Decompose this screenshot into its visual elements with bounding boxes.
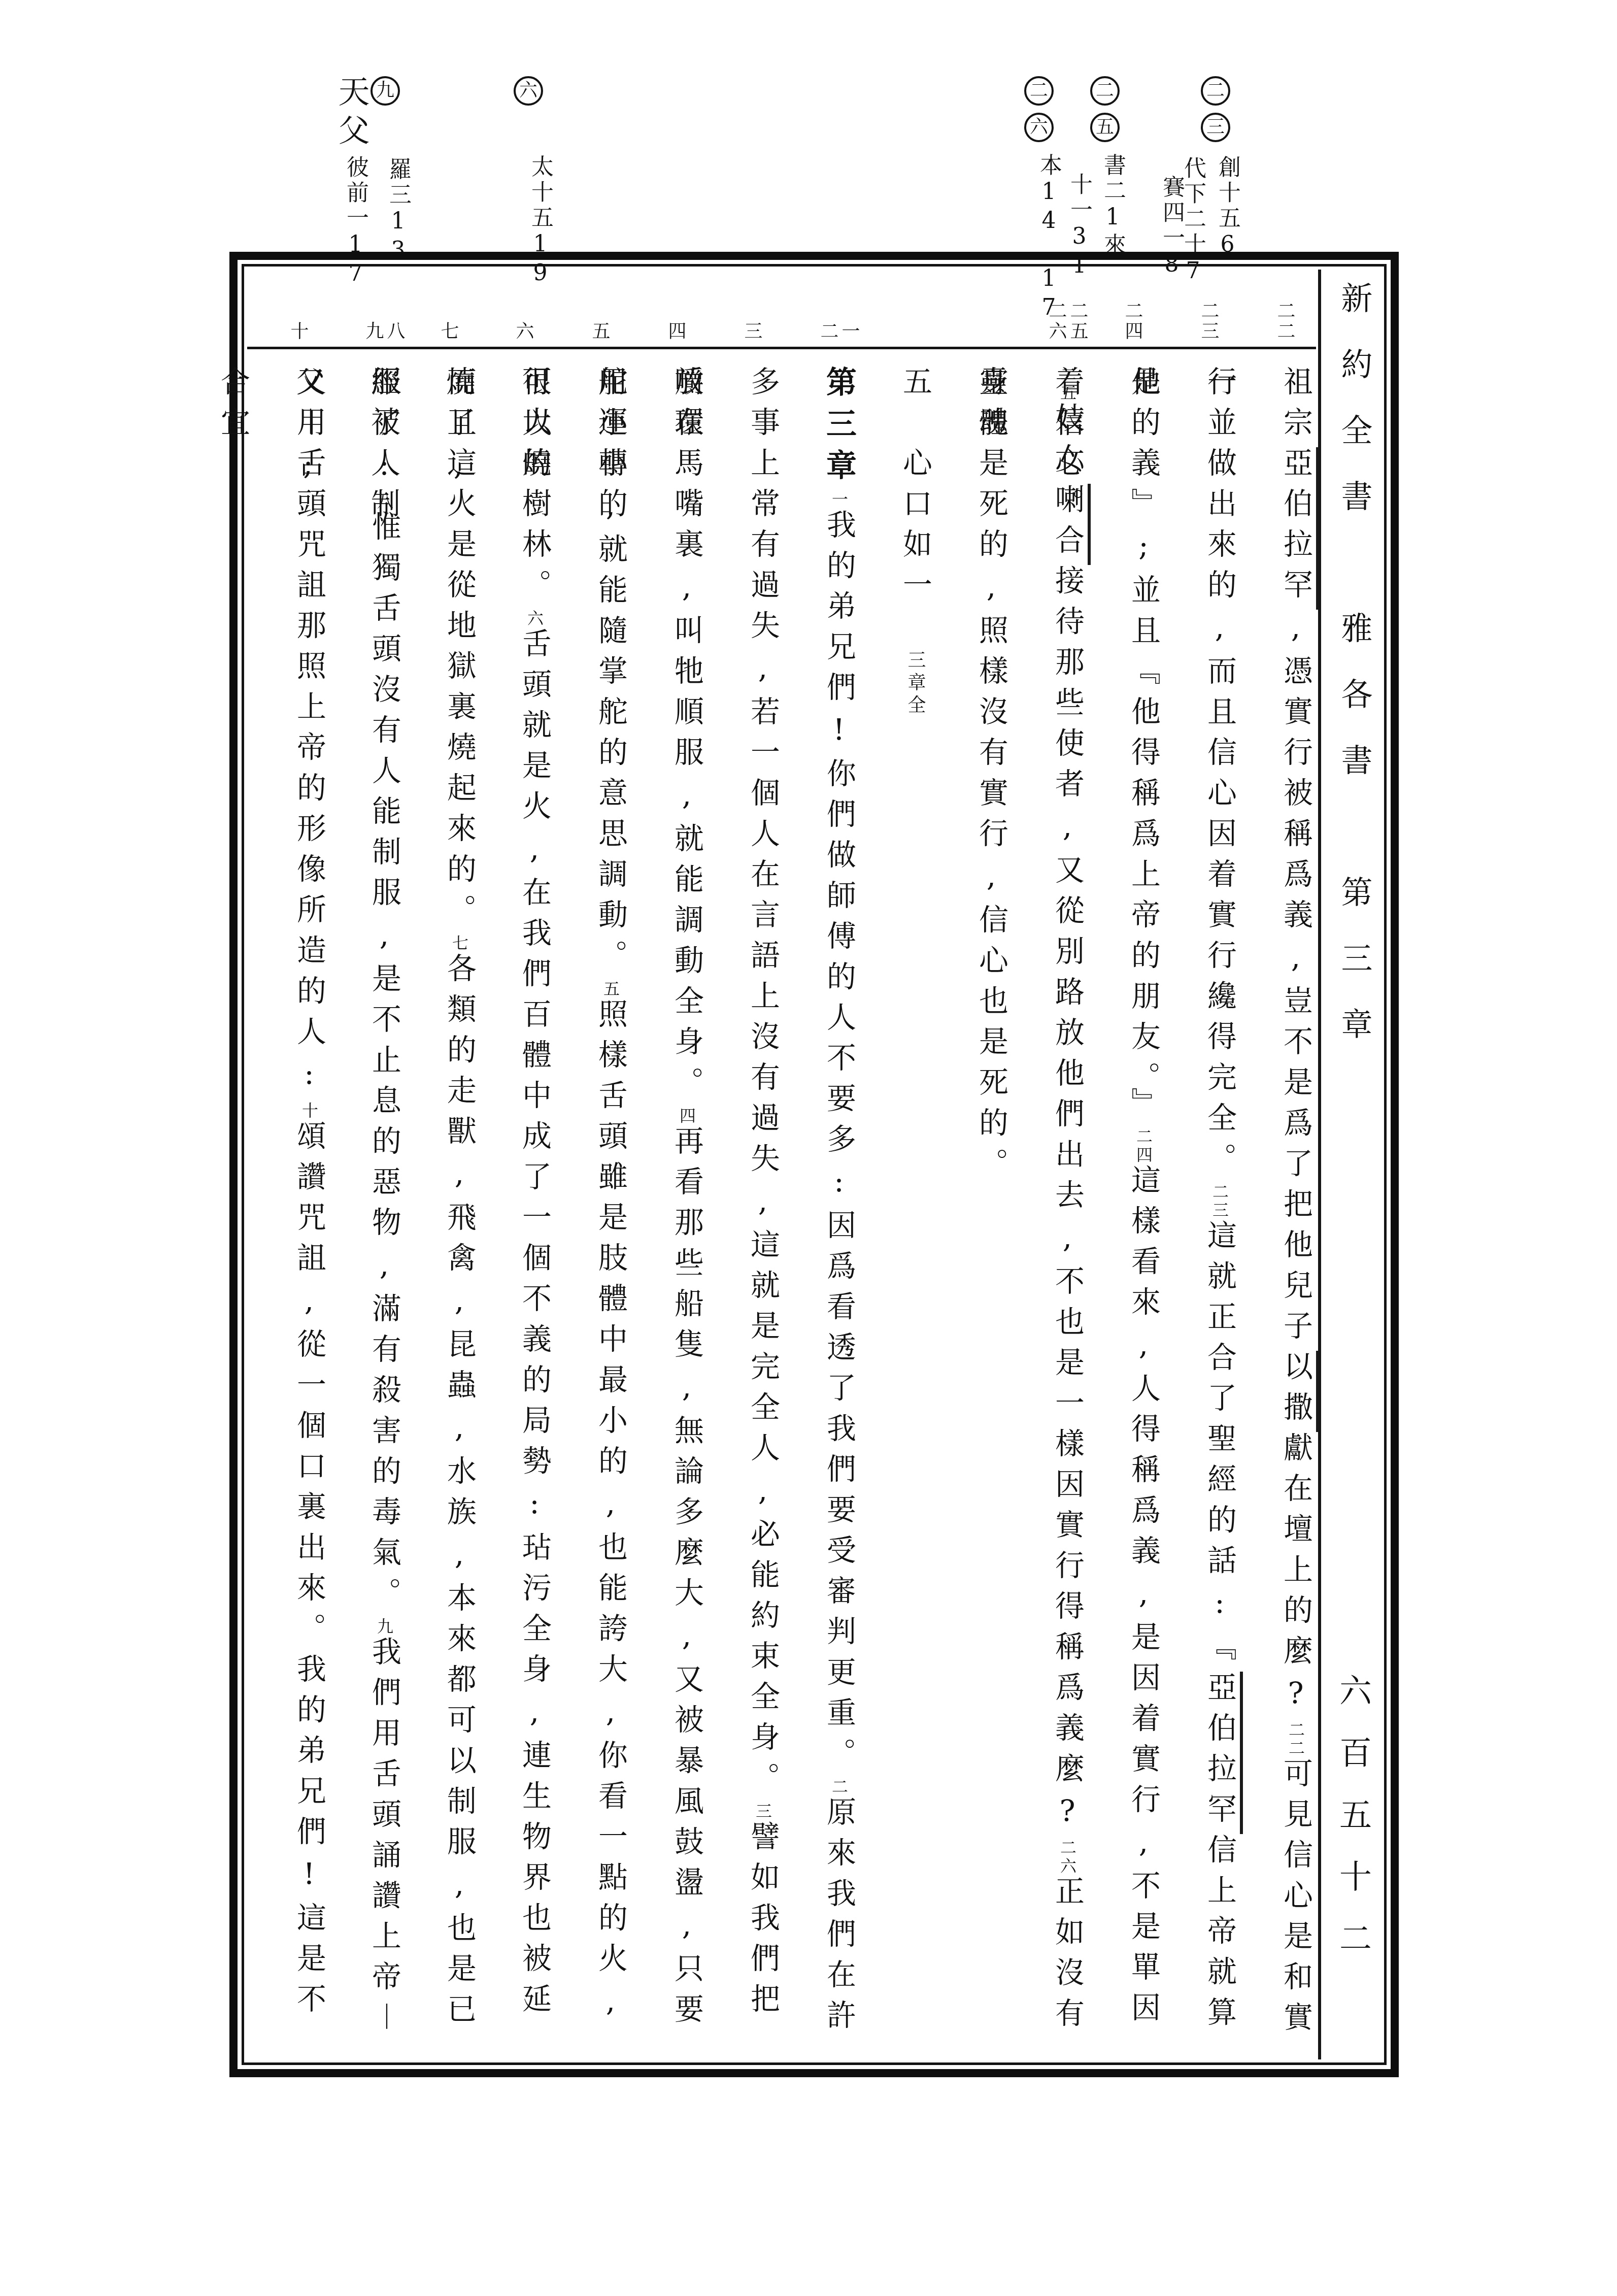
body-text: 心口如一 (898, 447, 932, 610)
inline-verse-marker: 四 (677, 1107, 696, 1125)
body-text: 身體是死的,照樣沒有實行,信心也是死的。 (974, 366, 1008, 1188)
text-column: 多事上常有過失,若一個人在言語上沒有過失,這就是完全人,必能約束全身。三譬如我們… (725, 366, 801, 2061)
body-text: 服了: (367, 366, 401, 493)
strip-verse-number: 七 (439, 321, 457, 342)
scripture-cross-reference: 創十五6 (1211, 155, 1243, 260)
strip-verse-number: 二五二六 (1047, 301, 1087, 342)
body-text: 祖宗 (1278, 366, 1313, 447)
body-text: 我的弟兄們!你們做師傅的人不要多:因爲看透了我們要受審判更重。 (822, 509, 856, 1778)
circled-note-number: 六 (1024, 113, 1054, 142)
circled-note-number: 二 (1201, 76, 1230, 106)
inline-verse-marker: 二五 (1058, 366, 1077, 403)
circled-note-number: 二 (1024, 76, 1054, 106)
text-column: 第三章一我的弟兄們!你們做師傅的人不要多:因爲看透了我們要受審判更重。二原來我們… (801, 366, 877, 2061)
text-columns: 祖宗亞伯拉罕,憑實行被稱爲義,豈不是爲了把他兒子以撒獻在壇上的麼?二二可見信心是… (247, 355, 1315, 2059)
verse-number-strip: 二二二三二四二五二六一二三四五六七八九十 (247, 270, 1315, 347)
body-text: 一並做出來的,而且信心因着實行纔得完全。 (1202, 366, 1237, 1183)
proper-noun-text: 亞伯拉罕 (1278, 447, 1319, 610)
section-summary: 三章全 (905, 650, 926, 717)
proper-noun-text: 以撒 (1278, 1351, 1319, 1432)
body-text: 接待那些使者,又從別路放他們出去,不也是一樣因實行得稱爲義麼? (1050, 565, 1085, 1839)
verse-number: 八 (385, 321, 403, 342)
strip-verse-number: 二二 (1275, 301, 1294, 342)
strip-verse-number: 十 (289, 321, 307, 342)
inline-verse-marker: 九 (375, 1618, 394, 1636)
strip-verse-number: 五 (590, 321, 609, 342)
verse-number: 四 (666, 321, 685, 342)
scanned-book-page: 二三二五二六六九天父創十五6代下二十7賽四一8書二1來十一31本14 17太十五… (0, 0, 1617, 2296)
text-column: 一並做出來的,而且信心因着實行纔得完全。二三這就正合了聖經的話:『亞伯拉罕信上帝… (1182, 366, 1258, 2061)
inline-verse-marker: 三 (753, 1803, 772, 1821)
body-text (898, 610, 932, 650)
body-text: 多事上常有過失,若一個人在言語上沒有過失,這就是完全人,必能約束全身。 (746, 366, 780, 1803)
page-frame: 新約全書 雅各書 第三章 六百五十二 二二二三二四二五二六一二三四五六七八九十 … (229, 252, 1399, 2077)
verse-number: 九 (364, 321, 382, 342)
text-column: 二五妓女喇合接待那些使者,又從別路放他們出去,不也是一樣因實行得稱爲義麼?二六正… (1029, 366, 1105, 2061)
text-column: 五 心口如一 三章全 (877, 366, 953, 2061)
body-text: 妓女 (1050, 403, 1085, 484)
text-column: 又用舌頭咒詛那照上帝的形像所造的人:十頌讚咒詛,從一個口裏出來。我的弟兄們!這是… (271, 366, 347, 2061)
body-text: 獻在壇上的麼? (1278, 1432, 1313, 1721)
inline-verse-marker: 五 (601, 980, 620, 999)
verse-number: 十 (289, 321, 307, 342)
strip-verse-number: 二三 (1199, 301, 1218, 342)
body-text: 這就正合了聖經的話:『 (1202, 1220, 1237, 1672)
text-column: 祖宗亞伯拉罕,憑實行被稱爲義,豈不是爲了把他兒子以撒獻在壇上的麼?二二可見信心是… (1258, 366, 1334, 2061)
strip-verse-number: 一二 (819, 321, 858, 342)
verse-number: 五 (590, 321, 609, 342)
inline-verse-marker: 二三 (1210, 1183, 1229, 1220)
proper-noun-text: 喇合 (1050, 484, 1091, 565)
body-text: 五 (898, 366, 932, 447)
verse-number: 二六 (1047, 301, 1065, 342)
circled-note-number: 二 (1090, 76, 1120, 106)
inline-verse-marker: 八 (375, 493, 394, 511)
verse-number: 七 (439, 321, 457, 342)
inline-verse-marker: 二六 (1058, 1839, 1077, 1876)
inline-verse-marker: 二四 (1134, 1128, 1153, 1164)
scripture-cross-reference: 書二1來 (1096, 153, 1129, 258)
verse-number: 二 (819, 321, 837, 342)
strip-rule (247, 347, 1316, 349)
inline-verse-marker: 二二 (1286, 1721, 1305, 1758)
verse-number: 二三 (1199, 301, 1218, 342)
body-text: 他的義』;並且『他得稱爲上帝的朋友。』 (1126, 366, 1161, 1128)
page-frame-inner-rule: 新約全書 雅各書 第三章 六百五十二 二二二三二四二五二六一二三四五六七八九十 … (242, 264, 1387, 2065)
proper-noun-text: 亞伯拉罕 (1202, 1672, 1243, 1834)
body-text: 放在馬嘴裏,叫牠順服,就能調動全身。 (669, 366, 704, 1107)
body-text: 而且這火是從地獄裏燒起來的。 (442, 366, 477, 935)
running-head: 新約全書 雅各書 第三章 (1332, 282, 1377, 1399)
margin-note-label: 天父 (329, 75, 374, 152)
verse-number: 三 (743, 321, 761, 342)
body-text: ,憑實行被稱爲義,豈不是爲了把他兒子 (1278, 610, 1313, 1351)
page-number: 六百五十二 (1329, 1674, 1376, 2029)
verse-number: 六 (514, 321, 532, 342)
body-text: 很大的樹林。 (517, 366, 552, 610)
text-column: 很大的樹林。六舌頭就是火,在我們百體中成了一個不義的局勢:玷污全身,連生物界也被… (496, 366, 572, 2061)
text-column: 舵運轉,就能隨掌舵的意思調動。五照樣舌頭雖是肢體中最小的,也能誇大,你看一點的火… (572, 366, 649, 2061)
text-column: 放在馬嘴裏,叫牠順服,就能調動全身。四再看那些船隻,無論多麼大,又被暴風鼓盪,只… (649, 366, 725, 2061)
circled-note-number: 六 (514, 76, 543, 106)
text-column: 而且這火是從地獄裏燒起來的。七各類的走獸,飛禽,昆蟲,水族,本來都可以制服,也是… (421, 366, 497, 2061)
verse-number: 一 (840, 321, 858, 342)
inline-verse-marker: 七 (450, 935, 469, 953)
verse-number: 二二 (1275, 301, 1294, 342)
text-column: 他的義』;並且『他得稱爲上帝的朋友。』二四這樣看來,人得稱爲義,是因着實行,不是… (1105, 366, 1182, 2061)
strip-verse-number: 二四 (1123, 301, 1141, 342)
body-text: 原來我們在許 (822, 1796, 856, 2040)
chapter-heading: 第三章 (821, 366, 857, 491)
inline-verse-marker: 二 (829, 1778, 849, 1796)
strip-verse-number: 三 (743, 321, 761, 342)
scripture-cross-reference: 羅三13 (382, 157, 414, 266)
body-text: 又用舌頭咒詛那照上帝的形像所造的人: (292, 366, 326, 1102)
circled-note-number: 五 (1090, 113, 1120, 142)
inline-verse-marker: 十 (299, 1102, 319, 1120)
circled-note-number: 三 (1201, 113, 1230, 142)
verse-number: 二四 (1123, 301, 1141, 342)
strip-verse-number: 六 (514, 321, 532, 342)
strip-verse-number: 八九 (364, 321, 403, 342)
inline-verse-marker: 一 (829, 491, 849, 509)
strip-verse-number: 四 (666, 321, 685, 342)
circled-note-number: 九 (370, 76, 400, 106)
body-text: 舵運轉,就能隨掌舵的意思調動。 (593, 366, 628, 980)
text-column: 身體是死的,照樣沒有實行,信心也是死的。 (953, 366, 1029, 2061)
inline-verse-marker: 六 (525, 610, 544, 628)
text-column: 服了:八惟獨舌頭沒有人能制服,是不止息的惡物,滿有殺害的毒氣。九我們用舌頭誦讚上… (346, 366, 422, 2061)
body-text: 惟獨舌頭沒有人能制服,是不止息的惡物,滿有殺害的毒氣。 (367, 511, 401, 1618)
verse-number: 二五 (1068, 301, 1087, 342)
